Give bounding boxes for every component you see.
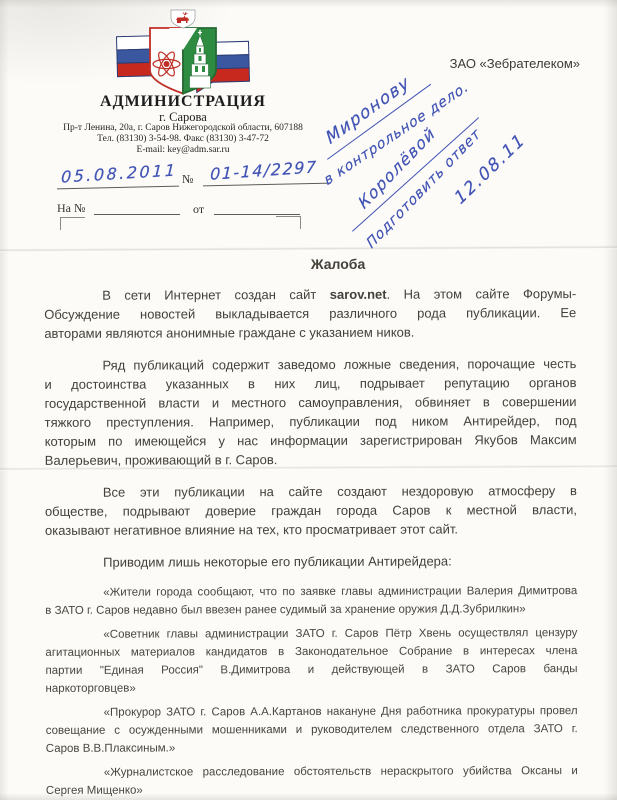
paragraph-line: оказывают негативное влияние на тех, кто… — [45, 519, 577, 540]
paragraph-4: Приводим лишь некоторые его публикации А… — [45, 551, 577, 572]
paragraph-line: Ряд публикаций содержит заведомо ложные … — [44, 354, 576, 375]
quoted-publication-2: «Советник главы администрации ЗАТО г. Са… — [45, 624, 577, 698]
quoted-publication-1: «Жители города сообщают, что по заявке г… — [45, 582, 577, 620]
quote-line: совещание с осужденными мошенниками и ру… — [46, 720, 578, 740]
paragraph-line: тяжкого преступления. Например, публикац… — [45, 411, 577, 432]
site-name-bold: sarov.net — [330, 287, 387, 302]
paragraph-line: и достоинства указанных в них лиц, подры… — [44, 373, 576, 394]
paragraph-line: Приводим лишь некоторые его публикации А… — [45, 551, 577, 572]
number-underline — [203, 183, 331, 187]
paragraph-line: В сети Интернет создан сайт sarov.net. Н… — [44, 284, 576, 305]
sarov-coat-of-arms — [116, 8, 251, 102]
quote-line: Саров В.В.Плаксиным.» — [46, 738, 578, 758]
org-phone-fax: Тел. (83130) 3-54-98. Факс (83130) 3-47-… — [38, 134, 328, 144]
paragraph-1: В сети Интернет создан сайт sarov.net. Н… — [44, 284, 576, 343]
quote-line: партии "Единая Россия" В.Димитрова и дей… — [45, 660, 577, 680]
reply-from-underline — [214, 214, 300, 215]
quote-line: в ЗАТО г. Саров недавно был ввезен ранее… — [45, 600, 577, 620]
date-underline — [57, 186, 179, 190]
quoted-publication-3: «Прокурор ЗАТО г. Саров А.А.Картанов нак… — [46, 702, 578, 758]
paragraph-line: Обсуждение новостей выкладывается различ… — [44, 303, 576, 324]
addressee-corner-left — [60, 217, 85, 230]
number-sign: № — [182, 172, 193, 187]
outgoing-date-handwritten: 05.08.2011 — [61, 160, 178, 186]
org-email: E-mail: key@adm.sar.ru — [38, 145, 328, 155]
quoted-publication-4: «Журналистское расследование обстоятельс… — [46, 762, 578, 800]
quote-line: агитационных материалов кандидатов в Зак… — [45, 642, 577, 662]
scanned-complaint-letter: АДМИНИСТРАЦИЯ г. Сарова Пр-т Ленина, 20а… — [0, 0, 617, 800]
org-name: АДМИНИСТРАЦИЯ — [38, 93, 328, 111]
letter-body: Жалоба В сети Интернет создан сайт sarov… — [44, 255, 578, 800]
reply-number-label: На № — [57, 201, 85, 216]
fold-crease-top — [0, 245, 617, 252]
letterhead: АДМИНИСТРАЦИЯ г. Сарова Пр-т Ленина, 20а… — [38, 0, 328, 160]
reply-number-underline — [94, 214, 180, 215]
paragraph-line: которым по имеющейся у нас информации за… — [45, 430, 577, 451]
reply-from-label: от — [193, 202, 204, 217]
org-address: Пр-т Ленина, 20а, г. Саров Нижегородской… — [38, 123, 328, 133]
addressee-corner-right — [276, 216, 301, 229]
quote-line: Сергея Мищенко» — [46, 780, 578, 800]
paragraph-2: Ряд публикаций содержит заведомо ложные … — [44, 354, 576, 470]
paragraph-line: Валерьевич, проживающий в г. Саров. — [45, 449, 577, 470]
paragraph-3: Все эти публикации на сайте создают незд… — [45, 481, 577, 540]
paragraph-line: авторами являются анонимные граждане с у… — [44, 322, 576, 343]
addressee-name: ЗАО «Зебрателеком» — [428, 56, 580, 71]
quote-line: «Жители города сообщают, что по заявке г… — [45, 582, 577, 602]
outgoing-number-handwritten: 01-14/2297 — [210, 157, 318, 184]
complaint-title: Жалоба — [44, 255, 576, 273]
quote-line: наркоторговцев» — [46, 678, 578, 698]
paragraph-line: государственной власти и местного самоуп… — [45, 392, 577, 413]
deer-icon — [171, 10, 195, 28]
paragraph-line: обществе, подрывают доверие граждан горо… — [45, 500, 577, 521]
quote-line: «Советник главы администрации ЗАТО г. Са… — [45, 624, 577, 644]
quote-line: «Прокурор ЗАТО г. Саров А.А.Картанов нак… — [46, 702, 578, 722]
quote-line: «Журналистское расследование обстоятельс… — [46, 762, 578, 782]
paragraph-line: Все эти публикации на сайте создают незд… — [45, 481, 577, 502]
